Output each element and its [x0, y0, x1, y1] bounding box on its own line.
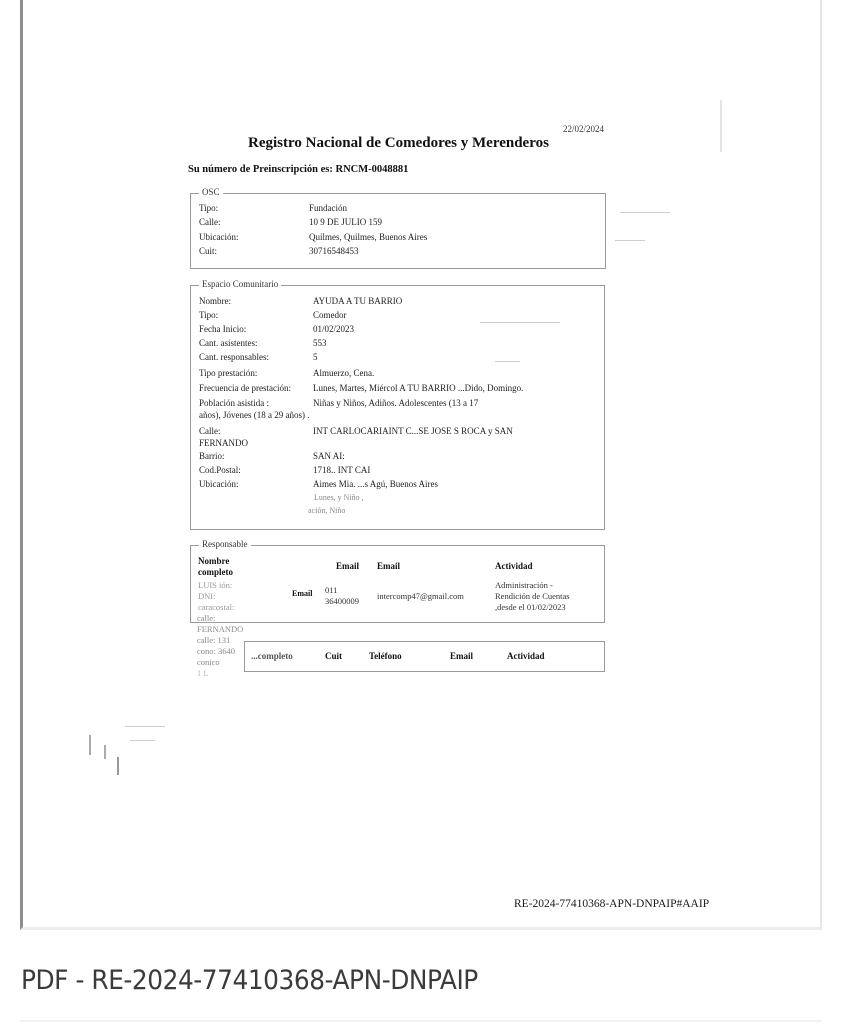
responsable-activity: Administración - Rendición de Cuentas ,d… [495, 580, 570, 613]
attachment-caption[interactable]: PDF - RE-2024-77410368-APN-DNPAIP [21, 965, 478, 996]
header2-telefono: Teléfono [369, 651, 402, 661]
espacio-extra-line: ación, Niño [308, 506, 345, 515]
responsable-phone: 011 36400009 [325, 585, 359, 607]
responsable-table-2: ...completo Cuit Teléfono Email Activida… [244, 641, 605, 672]
header-email-1: Email [336, 561, 359, 571]
divider [20, 1020, 822, 1022]
document-footer-id: RE-2024-77410368-APN-DNPAIP#AAIP [514, 898, 709, 910]
header-actividad: Actividad [495, 561, 533, 571]
header2-cuit: Cuit [325, 651, 342, 661]
responsable-col2: Email [292, 589, 312, 598]
ghost-text: calle: FERNANDO calle: 131 cono: 3640 co… [197, 613, 243, 679]
header-email-2: Email [377, 561, 400, 571]
header-nombre-completo: Nombre completo [198, 556, 258, 578]
document-date: 22/02/2024 [563, 124, 604, 134]
document-title: Registro Nacional de Comedores y Merende… [248, 135, 549, 152]
preinscription-number: Su número de Preinscripción es: RNCM-004… [188, 164, 408, 175]
osc-section: OSC Tipo: Fundación Calle: 10 9 DE JULIO… [190, 193, 606, 269]
osc-legend: OSC [199, 187, 223, 197]
responsable-email: intercomp47@gmail.com [377, 591, 464, 602]
espacio-legend: Espacio Comunitario [199, 279, 281, 289]
responsable-section: Responsable Nombre completo Email Email … [190, 545, 605, 623]
espacio-extra-line: Lunes, y Niño , [314, 493, 364, 502]
header2-email: Email [450, 651, 473, 661]
responsable-legend: Responsable [199, 539, 251, 549]
responsable-name: LUIS ión: DNI: caracostal: [198, 580, 234, 613]
header2-actividad: Actividad [507, 651, 545, 661]
pdf-page: 22/02/2024 Registro Nacional de Comedore… [0, 0, 844, 930]
header2-nombre: ...completo [251, 651, 293, 661]
